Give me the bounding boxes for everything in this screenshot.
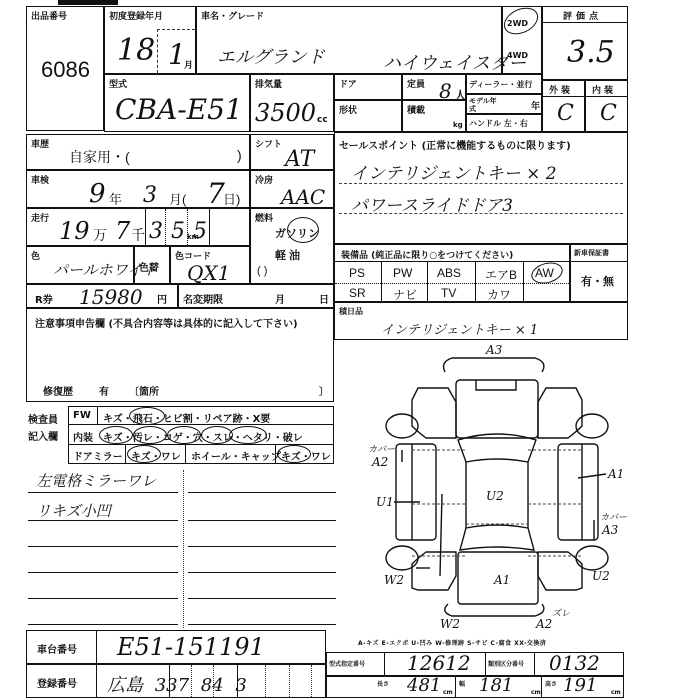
model-cert-row: 型式指定番号 12612 類別区分番号 0132 [326, 652, 624, 676]
equip-abs: ABS [437, 266, 461, 280]
kg-unit: kg [453, 121, 463, 129]
score-label: 評価点 [563, 9, 602, 22]
name-change-label: 名変期限 [183, 291, 223, 306]
equip-navi: ナビ [393, 286, 417, 303]
fuel-cell: 燃料 ガソリン 軽 油 ( ) [250, 208, 334, 284]
shift-value: AT [285, 147, 314, 172]
equip-ps: PS [349, 266, 365, 280]
model-year-label: モデル年式 [469, 97, 499, 113]
displacement-value: 3500 [255, 99, 316, 127]
first-registration-cell: 初度登録年月 18 1 月 [104, 6, 196, 74]
score-value: 3.5 [567, 35, 615, 70]
lot-number-cell: 出品番号 6086 [26, 6, 104, 131]
mirror-wheel-row: ドアミラー キズ・ワレ ホイール・キャップ キズ・ワレ [69, 445, 333, 463]
load-label: 積載 [407, 103, 425, 116]
repair-close: 〕 [319, 383, 329, 398]
load-cell: 積載 kg [402, 100, 466, 132]
recycle-cell: R券 15980 円 [26, 284, 178, 308]
inspection-day-unit: 日) [223, 189, 240, 208]
sen-unit: 千 [131, 225, 145, 245]
mark-right-label: カバー [600, 513, 627, 523]
fw-items: キズ・飛石・ヒビ割・リペア跡・X要 [103, 410, 270, 425]
registration-label: 登録番号 [37, 675, 77, 690]
equip-airbag: エアB [485, 266, 517, 283]
height-unit: cm [611, 689, 621, 696]
sales-point-1: インテリジェントキー × 2 [351, 159, 557, 184]
usage-label: 車歴 [31, 137, 49, 150]
exterior-cell: 外装 C [542, 80, 585, 132]
chassis-row: 車台番号 E51-151191 [26, 630, 326, 664]
mirror-label: ドアミラー [73, 448, 123, 463]
model-value: CBA-E51 [115, 93, 243, 126]
fw-head: FW [73, 410, 91, 421]
registration-value: 広島 337 84 3 [107, 671, 247, 697]
mark-left-door: U1 [376, 495, 394, 509]
mark-left-front: A2 [371, 455, 388, 469]
model-cert-value: 12612 [407, 651, 471, 675]
fw-row: FW キズ・飛石・ヒビ割・リペア跡・X要 [69, 407, 333, 425]
mark-left-rear: W2 [384, 573, 404, 587]
color-cell: 色 パールホワイト [26, 246, 134, 284]
equip-tv: TV [441, 286, 456, 300]
height-label: 高さ [545, 679, 557, 688]
shape-label: 形状 [339, 103, 357, 116]
shift-cell: シフト AT [250, 134, 334, 170]
mark-rear-bumper-right: A2 [535, 617, 552, 630]
inspector-label-1: 検査員 [28, 411, 58, 426]
accessories-value: インテリジェントキー × 1 [381, 319, 538, 338]
accessories-box: 積日品 インテリジェントキー × 1 [334, 302, 628, 340]
width-value: 181 [479, 675, 513, 696]
interior-label: 内装 [592, 83, 616, 96]
mark-front-bumper: A3 [485, 343, 503, 357]
name-change-day: 日 [319, 291, 329, 306]
repair-location: 〔箇所 [129, 383, 159, 398]
yen-unit: 円 [157, 291, 167, 306]
note-line-2: リキズ小凹 [36, 500, 111, 521]
inspector-label-2: 記入欄 [28, 428, 58, 443]
registration-row: 登録番号 広島 337 84 3 [26, 664, 326, 698]
handle-cell: ハンドル 左・右 [466, 114, 542, 132]
repair-value: 有 [99, 383, 109, 398]
wheel-label: ホイール・キャップ [191, 448, 281, 463]
length-unit: cm [443, 689, 453, 696]
first-reg-year: 18 [117, 33, 155, 68]
mileage-cell: 走行 19 万 7 千 355 km [26, 208, 250, 246]
chassis-label: 車台番号 [37, 641, 77, 656]
equip-sr: SR [349, 286, 366, 300]
usage-cell: 車歴 自家用・( ) [26, 134, 250, 170]
recycle-value: 15980 [79, 285, 143, 309]
interior-row: 内装 キズ・汚レ・コゲ・穴・スレ・ヘタリ・破レ [69, 425, 333, 445]
exterior-label: 外装 [549, 83, 573, 96]
lot-number: 6086 [41, 57, 90, 83]
usage-value: 自家用・( [69, 147, 130, 167]
model-cell: 型式 CBA-E51 [104, 74, 250, 132]
dimensions-row: 長さ 481 cm 幅 181 cm 高さ 191 cm [326, 676, 624, 698]
man-unit: 万 [93, 225, 107, 245]
recycle-label: R券 [35, 291, 53, 306]
interior-head: 内装 [73, 429, 93, 444]
door-label: ドア [339, 77, 357, 90]
month-subbox: 1 月 [157, 29, 195, 73]
interior-cell: 内装 C [585, 80, 628, 132]
equipment-label: 装備品 (純正品に限り○をつけてください) [341, 248, 513, 261]
inspection-month-unit: 月( [169, 189, 186, 208]
mark-roof: U2 [486, 489, 504, 503]
mileage-sen: 7 [115, 217, 130, 245]
equip-pw: PW [393, 266, 412, 280]
accessories-label: 積日品 [339, 306, 363, 317]
class-label: 類別区分番号 [488, 659, 524, 668]
width-unit: cm [531, 689, 541, 696]
mark-right-rear: A3 [601, 523, 619, 537]
car-name-label: 車名・グレード [201, 9, 264, 22]
mark-rear-bumper-left: W2 [440, 617, 460, 630]
interior-grade: C [600, 101, 617, 126]
damage-legend: A-キズ E-エクボ U-凹み W-修理跡 S-サビ C-腐食 XX-交換済 [358, 638, 546, 647]
door-cell: ドア [334, 74, 402, 100]
model-label: 型式 [109, 77, 127, 90]
color-code-cell: 色コード QX1 [170, 246, 250, 284]
inspector-table: FW キズ・飛石・ヒビ割・リペア跡・X要 内装 キズ・汚レ・コゲ・穴・スレ・ヘタ… [68, 406, 334, 464]
mileage-label: 走行 [31, 211, 49, 224]
declaration-box: 注意事項申告欄 (不具合内容等は具体的に記入して下さい) 修復歴 有 〔箇所 〕 [26, 308, 334, 402]
color-label: 色 [31, 249, 40, 262]
year-unit: 年 [531, 99, 540, 112]
width-label: 幅 [459, 679, 465, 688]
lot-label: 出品番号 [31, 9, 67, 22]
name-change-month: 月 [275, 291, 285, 306]
note-line-1: 左電格ミラーワレ [36, 470, 156, 491]
inspection-month: 3 [143, 183, 157, 208]
displacement-label: 排気量 [255, 77, 282, 90]
inspection-cell: 車検 9 年 3 月( 7 日) [26, 170, 250, 208]
inspection-label: 車検 [31, 173, 49, 186]
displacement-cell: 排気量 3500 cc [250, 74, 334, 132]
model-year-cell: モデル年式 年 [466, 94, 542, 114]
color-change-cell: 色替 [134, 246, 170, 284]
first-reg-label: 初度登録年月 [109, 9, 163, 22]
capacity-cell: 定員 8 人 [402, 74, 466, 100]
drive-4wd: 4WD [507, 51, 528, 60]
color-change-label: 色替 [139, 259, 159, 274]
fuel-other: ( ) [257, 265, 267, 277]
car-name-cell: 車名・グレード エルグランド ハイウェイスター [196, 6, 502, 74]
drive-2wd-circle [500, 3, 543, 40]
month-unit: 月 [184, 58, 193, 71]
equipment-box: 装備品 (純正品に限り○をつけてください) PS PW ABS エアB AW S… [334, 244, 570, 302]
warranty-value: 有・無 [581, 273, 614, 289]
handle-label: ハンドル 左・右 [469, 118, 528, 129]
length-value: 481 [407, 675, 441, 696]
score-cell: 評価点 3.5 [542, 6, 628, 80]
name-change-cell: 名変期限 月 日 [178, 284, 334, 308]
dealer-label: ディーラー・並行 [469, 79, 532, 90]
km-unit: km [187, 233, 199, 241]
model-cert-label: 型式指定番号 [329, 659, 365, 668]
sales-points-box: セールスポイント (正常に機能するものに限ります) インテリジェントキー × 2… [334, 132, 628, 244]
declaration-label: 注意事項申告欄 (不具合内容等は具体的に記入して下さい) [35, 315, 298, 330]
shift-label: シフト [255, 137, 282, 150]
sheet-tab [58, 0, 118, 5]
mileage-rest: 355 [149, 219, 215, 244]
mark-left-front-label-1: カバー [368, 445, 395, 455]
inspection-year-unit: 年 [109, 189, 122, 208]
capacity-label: 定員 [407, 77, 425, 90]
warranty-label: 新車保証書 [574, 248, 609, 258]
cc-unit: cc [317, 115, 328, 125]
front-bumper-outline [444, 358, 544, 372]
mark-rear-misalign: ズレ [552, 608, 571, 619]
inspection-year: 9 [89, 179, 106, 209]
shape-cell: 形状 [334, 100, 402, 132]
equip-leather: カワ [487, 286, 511, 303]
dealer-cell: ディーラー・並行 [466, 74, 542, 94]
mark-trunk: A1 [493, 573, 510, 587]
sales-points-label: セールスポイント (正常に機能するものに限ります) [339, 137, 571, 152]
color-code-value: QX1 [187, 261, 230, 285]
drive-cell: 2WD 4WD [502, 6, 542, 74]
car-damage-diagram: A3 カバー A2 U1 U2 A1 カバー A3 W2 A1 U2 W2 A2… [330, 340, 650, 630]
fuel-gasoline-circle [287, 217, 319, 243]
fuel-label: 燃料 [255, 211, 273, 224]
class-value: 0132 [549, 651, 600, 675]
fw-circle-hiseki [129, 407, 165, 425]
ac-value: AAC [281, 185, 325, 209]
mark-right-door: A1 [607, 467, 624, 481]
exterior-grade: C [557, 101, 574, 126]
usage-close: ) [237, 147, 242, 163]
ac-cell: 冷房 AAC [250, 170, 334, 208]
ac-label: 冷房 [255, 173, 273, 186]
repair-label: 修復歴 [43, 383, 73, 398]
warranty-box: 新車保証書 有・無 [570, 244, 628, 302]
car-name: エルグランド [217, 43, 325, 69]
chassis-value: E51-151191 [117, 633, 265, 661]
mark-right-rear-quarter: U2 [592, 569, 610, 583]
mileage-man: 19 [59, 217, 90, 245]
height-value: 191 [563, 675, 597, 696]
length-label: 長さ [377, 679, 389, 688]
fuel-diesel: 軽 油 [275, 247, 300, 263]
